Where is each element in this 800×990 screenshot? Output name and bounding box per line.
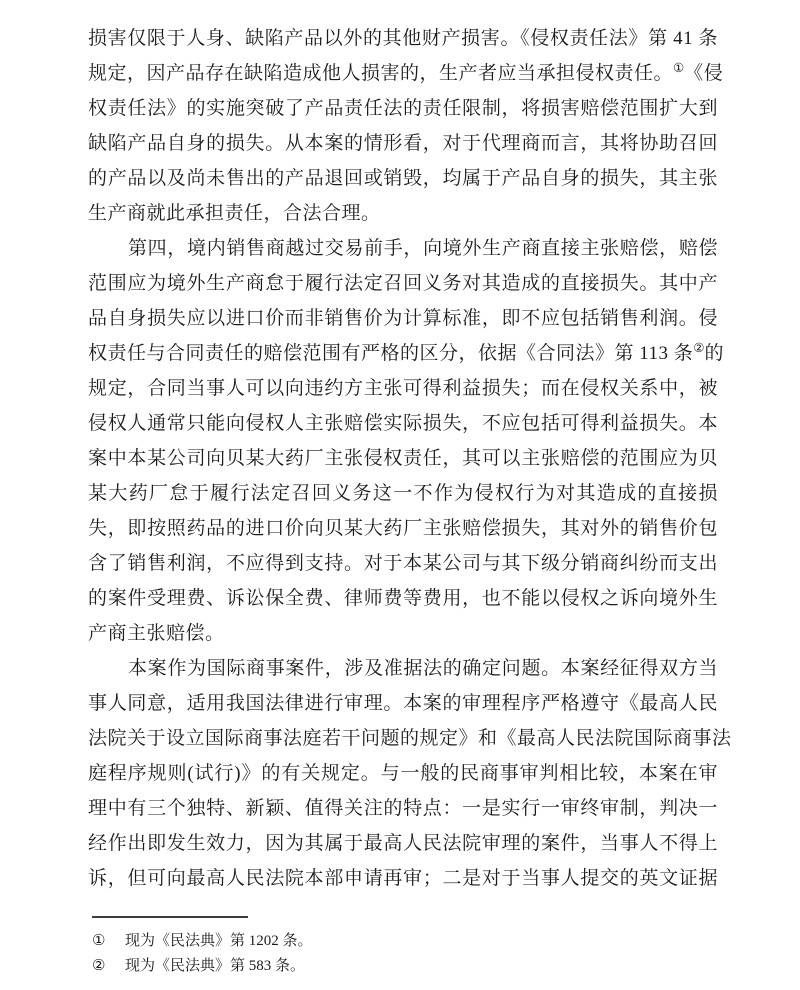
footnote-text: 现为《民法典》第 1202 条。: [125, 929, 718, 954]
body-line: 规定，因产品存在缺陷造成他人损害的，生产者应当承担侵权责任。①《侵: [88, 56, 718, 91]
body-line: 权责任法》的实施突破了产品责任法的责任限制，将损害赔偿范围扩大到: [88, 91, 718, 126]
footnote-ref: ①: [673, 61, 684, 75]
footnote-text: 现为《民法典》第 583 条。: [125, 954, 718, 979]
line-text: 规定，因产品存在缺陷造成他人损害的，生产者应当承担侵权责任。: [88, 63, 673, 84]
body-line: 诉，但可向最高人民法院本部申请再审；二是对于当事人提交的英文证据: [88, 861, 718, 896]
body-line: 失，即按照药品的进口价向贝某大药厂主张赔偿损失，其对外的销售价包: [88, 511, 718, 546]
footnote-ref: ②: [693, 341, 704, 355]
body-line: 范围应为境外生产商怠于履行法定召回义务对其造成的直接损失。其中产: [88, 266, 718, 301]
body-line: 庭程序规则(试行)》的有关规定。与一般的民商事审判相比较，本案在审: [88, 756, 718, 791]
body-line: 事人同意，适用我国法律进行审理。本案的审理程序严格遵守《最高人民: [88, 686, 718, 721]
body-line: 规定，合同当事人可以向违约方主张可得利益损失；而在侵权关系中，被: [88, 371, 718, 406]
document-page: 损害仅限于人身、缺陷产品以外的其他财产损害。《侵权责任法》第 41 条 规定，因…: [0, 0, 800, 990]
footnotes-section: ① 现为《民法典》第 1202 条。 ② 现为《民法典》第 583 条。: [92, 916, 718, 979]
footnote-item: ② 现为《民法典》第 583 条。: [92, 954, 718, 979]
line-text: 权责任与合同责任的赔偿范围有严格的区分，依据《合同法》第 113 条: [88, 343, 693, 364]
body-line: 本案作为国际商事案件，涉及准据法的确定问题。本案经征得双方当: [88, 651, 718, 686]
body-line: 经作出即发生效力，因为其属于最高人民法院审理的案件，当事人不得上: [88, 826, 718, 861]
line-text: 《侵: [684, 63, 723, 84]
footnote-marker: ①: [92, 929, 125, 954]
footnote-item: ① 现为《民法典》第 1202 条。: [92, 929, 718, 954]
body-line: 某大药厂怠于履行法定召回义务这一不作为侵权行为对其造成的直接损: [88, 476, 718, 511]
body-line: 权责任与合同责任的赔偿范围有严格的区分，依据《合同法》第 113 条②的: [88, 336, 718, 371]
body-line: 品自身损失应以进口价而非销售价为计算标准，即不应包括销售利润。侵: [88, 301, 718, 336]
body-line: 的产品以及尚未售出的产品退回或销毁，均属于产品自身的损失，其主张: [88, 161, 718, 196]
body-line: 产商主张赔偿。: [88, 616, 718, 651]
footnote-separator: [92, 916, 248, 918]
body-line: 第四，境内销售商越过交易前手，向境外生产商直接主张赔偿，赔偿: [88, 231, 718, 266]
body-line: 含了销售利润，不应得到支持。对于本某公司与其下级分销商纠纷而支出: [88, 546, 718, 581]
body-line: 损害仅限于人身、缺陷产品以外的其他财产损害。《侵权责任法》第 41 条: [88, 21, 718, 56]
line-text: 的: [705, 343, 725, 364]
footnote-marker: ②: [92, 954, 125, 979]
body-line: 法院关于设立国际商事法庭若干问题的规定》和《最高人民法院国际商事法: [88, 721, 718, 756]
body-text-block: 损害仅限于人身、缺陷产品以外的其他财产损害。《侵权责任法》第 41 条 规定，因…: [88, 21, 718, 896]
body-line: 理中有三个独特、新颖、值得关注的特点：一是实行一审终审制，判决一: [88, 791, 718, 826]
body-line: 侵权人通常只能向侵权人主张赔偿实际损失，不应包括可得利益损失。本: [88, 406, 718, 441]
body-line: 生产商就此承担责任，合法合理。: [88, 196, 718, 231]
body-line: 案中本某公司向贝某大药厂主张侵权责任，其可以主张赔偿的范围应为贝: [88, 441, 718, 476]
body-line: 的案件受理费、诉讼保全费、律师费等费用，也不能以侵权之诉向境外生: [88, 581, 718, 616]
body-line: 缺陷产品自身的损失。从本案的情形看，对于代理商而言，其将协助召回: [88, 126, 718, 161]
